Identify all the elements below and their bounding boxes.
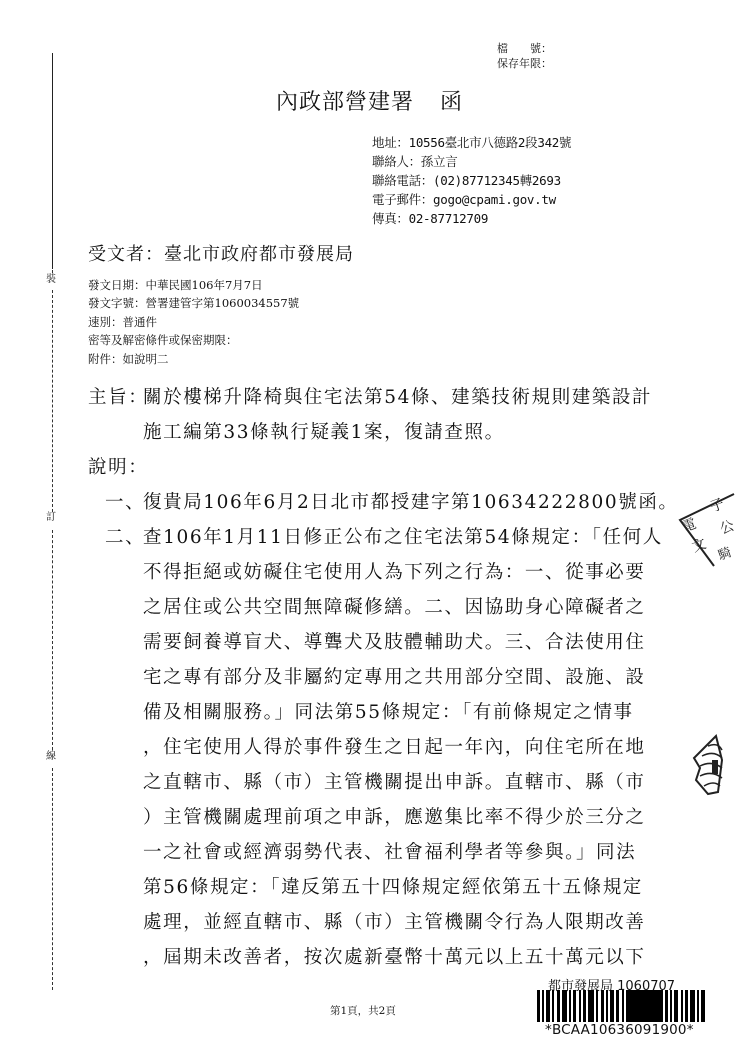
document-type: 函: [440, 90, 463, 115]
wave-seal-stamp-icon: [688, 730, 744, 800]
sender-phone: 聯絡電話：(02)87712345轉2693: [372, 173, 561, 189]
explanation-item2-line: 之居住或公共空間無障礙修繕。二、因協助身心障礙者之: [143, 597, 646, 619]
explanation-item2-line: 之直轄市、縣（市）主管機關提出申訴。直轄市、縣（市: [143, 772, 646, 794]
sender-contact-person: 聯絡人：孫立言: [372, 154, 457, 170]
document-title: 內政部營建署函: [276, 85, 463, 116]
sender-email: 電子郵件：gogo@cpami.gov.tw: [372, 192, 556, 208]
explanation-item2-line: ，屆期未改善者，按次處新臺幣十萬元以上五十萬元以下: [143, 947, 646, 969]
explanation-item2-line: 處理，並經直轄市、縣（市）主管機關令行為人限期改善: [143, 912, 646, 934]
barcode-number: *BCAA10636091900*: [545, 1022, 694, 1038]
file-number-label: 檔 號：: [497, 42, 552, 56]
sender-address: 地址：10556臺北市八德路2段342號: [372, 135, 571, 151]
binding-line-dashed: [52, 768, 53, 990]
explanation-item2-line: ）主管機關處理前項之申訴，應邀集比率不得少於三分之: [143, 807, 646, 829]
issue-date: 發文日期：中華民國106年7月7日: [88, 278, 263, 292]
svg-text:文: 文: [690, 536, 709, 556]
binding-line-dashed: [52, 290, 53, 512]
svg-text:電: 電: [680, 516, 699, 536]
classification: 密等及解密條件或保密期限：: [88, 333, 238, 347]
explanation-item2-line: 備及相關服務。」同法第55條規定：「有前條規定之情事: [143, 702, 634, 724]
svg-text:騎: 騎: [715, 544, 734, 564]
page-indicator: 第1頁，共2頁: [330, 1003, 396, 1018]
electronic-seal-stamp-icon: 電 子 文 公 騎: [672, 490, 742, 570]
subject-line-1: 關於樓梯升降椅與住宅法第54條、建築技術規則建築設計: [143, 387, 652, 409]
subject-label: 主旨：: [88, 387, 148, 409]
agency-name: 內政部營建署: [276, 90, 414, 115]
explanation-label: 說明：: [88, 457, 148, 479]
recipient: 受文者：臺北市政府都市發展局: [88, 240, 354, 266]
attachment: 附件：如說明二: [88, 352, 169, 366]
explanation-item2-line: 宅之專有部分及非屬約定專用之共用部分空間、設施、設: [143, 667, 646, 689]
explanation-item2-line: 不得拒絕或妨礙住宅使用人為下列之行為：一、從事必要: [143, 562, 646, 584]
binding-line-dashed: [52, 530, 53, 750]
explanation-item1-marker: 一、: [105, 492, 145, 514]
binding-line-solid: [52, 53, 53, 269]
explanation-item2-line: 查106年1月11日修正公布之住宅法第54條規定：「任何人: [143, 527, 663, 549]
explanation-item2-marker: 二、: [105, 527, 145, 549]
svg-text:公: 公: [718, 518, 737, 538]
explanation-item2-line: ，住宅使用人得於事件發生之日起一年內，向住宅所在地: [143, 737, 646, 759]
binding-label-xian: 線: [46, 751, 56, 763]
sender-fax: 傳真：02-87712709: [372, 211, 488, 227]
retention-period-label: 保存年限：: [497, 57, 552, 71]
explanation-item2-line: 需要飼養導盲犬、導聾犬及肢體輔助犬。三、合法使用住: [143, 632, 646, 654]
explanation-item2-line: 第56條規定：「違反第五十四條規定經依第五十五條規定: [143, 877, 643, 899]
explanation-item1-line: 復貴局106年6月2日北市都授建字第10634222800號函。: [143, 492, 679, 514]
barcode-icon: [537, 990, 705, 1022]
binding-label-zhuang: 裝: [46, 274, 56, 286]
issue-number: 發文字號：營署建管字第1060034557號: [88, 296, 299, 310]
binding-label-ding: 訂: [46, 512, 56, 524]
delivery-speed: 速別：普通件: [88, 315, 157, 329]
subject-line-2: 施工編第33條執行疑義1案，復請查照。: [143, 422, 505, 444]
explanation-item2-line: 一之社會或經濟弱勢代表、社會福利學者等參與。」同法: [143, 842, 636, 864]
